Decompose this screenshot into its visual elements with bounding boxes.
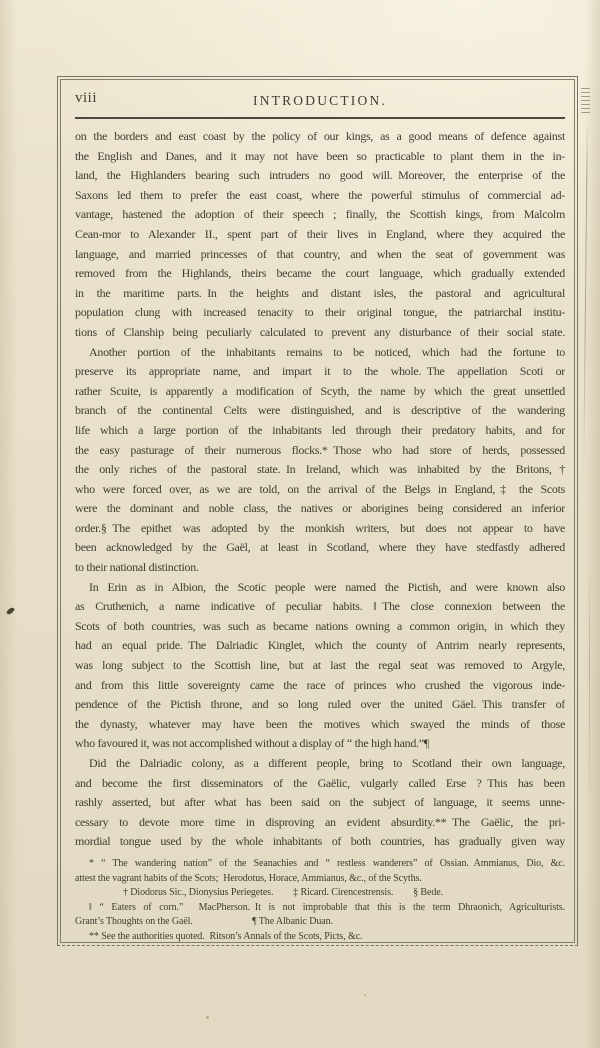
running-header: viii INTRODUCTION. xyxy=(75,85,565,116)
page-number: viii xyxy=(75,90,97,107)
text-line: who favoured it, was not accomplished wi… xyxy=(75,734,565,754)
footnote-line: ** See the authorities quoted. Ritson’s … xyxy=(75,930,565,945)
text-line: the English and Danes, and it may not ha… xyxy=(75,147,565,167)
footnote-line: attest the vagrant habits of the Scots; … xyxy=(75,872,565,887)
text-line: language, and married princesses of that… xyxy=(75,245,565,265)
text-line: cessary to devote more time in disprovin… xyxy=(75,813,565,833)
scanned-book-page: viii INTRODUCTION. on the borders and ea… xyxy=(0,0,600,1048)
paragraph: Did the Dalriadic colony, as a different… xyxy=(75,754,565,852)
paragraph: In Erin as in Albion, the Scotic people … xyxy=(75,578,565,754)
text-line: pendence of the Pictish throne, and so l… xyxy=(75,695,565,715)
footnote-line: ‖ “ Eaters of corn.” MacPherson. It is n… xyxy=(75,901,565,916)
text-line: rashly asserted, but after what has been… xyxy=(75,793,565,813)
paragraph: on the borders and east coast by the pol… xyxy=(75,127,565,343)
footnote-line: Grant’s Thoughts on the Gaël. ¶ The Alba… xyxy=(75,915,565,930)
text-line: mordial tongue used by the whole inhabit… xyxy=(75,832,565,852)
text-line: the only riches of the pastoral state. I… xyxy=(75,460,565,480)
text-line: vantage, hastened the adoption of their … xyxy=(75,205,565,225)
text-line: to their national distinction. xyxy=(75,558,565,578)
scan-artifact-line xyxy=(589,560,590,820)
text-line: branch of the continental Celts were dis… xyxy=(75,401,565,421)
scan-artifact-line xyxy=(583,120,588,480)
text-line: order.§ The epithet was adopted by the m… xyxy=(75,519,565,539)
text-line: on the borders and east coast by the pol… xyxy=(75,127,565,147)
text-line: life which a large portion of the inhabi… xyxy=(75,421,565,441)
text-line: Scots of both countries, was such as bec… xyxy=(75,617,565,637)
text-line: land, the Highlanders bearing such intru… xyxy=(75,166,565,186)
text-line: Saxons led them to prefer the east coast… xyxy=(75,186,565,206)
text-line: tions of Clanship being peculiarly calcu… xyxy=(75,323,565,343)
text-line: had an equal pride. The Dalriadic Kingle… xyxy=(75,636,565,656)
text-line: and become the first disseminators of th… xyxy=(75,774,565,794)
text-line: been acknowledged by the Gaël, at least … xyxy=(75,538,565,558)
page-title: INTRODUCTION. xyxy=(75,85,565,109)
ink-speck xyxy=(6,606,15,615)
text-line: and from this little sovereignty came th… xyxy=(75,676,565,696)
paragraph: Another portion of the inhabitants remai… xyxy=(75,343,565,578)
body-text: on the borders and east coast by the pol… xyxy=(75,127,565,852)
footnotes-block: * “ The wandering nation” of the Seanach… xyxy=(75,857,565,945)
text-line: preserve its appropriate name, and impar… xyxy=(75,362,565,382)
text-line: were the dominant and noble class, the n… xyxy=(75,499,565,519)
ink-speck xyxy=(206,1016,209,1019)
text-line: In Erin as in Albion, the Scotic people … xyxy=(75,578,565,598)
text-line: in the maritime parts. In the heights an… xyxy=(75,284,565,304)
footnote-line: † Diodorus Sic., Dionysius Periegetes. ‡… xyxy=(75,886,565,901)
text-line: the dynasty, whatever may have been the … xyxy=(75,715,565,735)
footnote-line: * “ The wandering nation” of the Seanach… xyxy=(75,857,565,872)
ink-speck xyxy=(364,994,366,996)
scan-artifact-hash-marks xyxy=(581,88,590,116)
text-line: Another portion of the inhabitants remai… xyxy=(75,343,565,363)
text-line: Cean-mor to Alexander II., spent part of… xyxy=(75,225,565,245)
text-line: the easy pasturage of their numerous flo… xyxy=(75,441,565,461)
text-line: removed from the Highlands, theirs becam… xyxy=(75,264,565,284)
header-rule xyxy=(75,117,565,119)
text-line: Did the Dalriadic colony, as a different… xyxy=(75,754,565,774)
page-border-frame: viii INTRODUCTION. on the borders and ea… xyxy=(57,76,578,946)
text-line: who were forced over, as we are told, on… xyxy=(75,480,565,500)
page-content: viii INTRODUCTION. on the borders and ea… xyxy=(75,85,565,945)
text-line: rather Scuite, is apparently a modificat… xyxy=(75,382,565,402)
text-line: population clung with increased tenacity… xyxy=(75,303,565,323)
text-line: was long subject to the Scottish line, b… xyxy=(75,656,565,676)
text-line: as Cruthenich, a name indicative of pecu… xyxy=(75,597,565,617)
